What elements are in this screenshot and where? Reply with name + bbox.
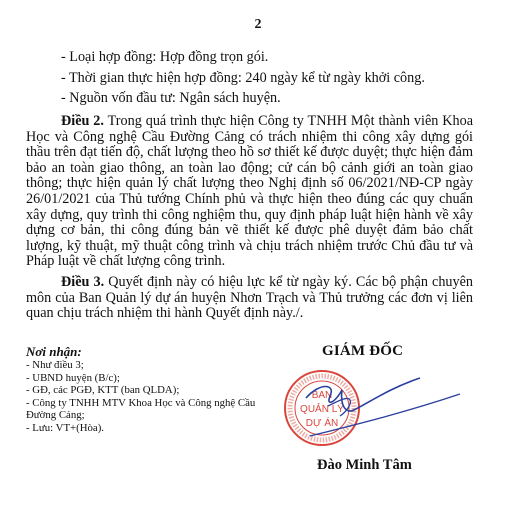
article-2: Điều 2. Trong quá trình thực hiện Công t… — [26, 114, 473, 270]
recipient-item: - GĐ, các PGĐ, KTT (ban QLDA); — [26, 384, 266, 397]
article-3-label: Điều 3. — [61, 274, 104, 290]
funding-source: - Nguồn vốn đầu tư: Ngân sách huyện. — [61, 88, 425, 109]
recipient-item: - UBND huyện (B/c); — [26, 372, 266, 385]
article-3: Điều 3. Quyết định này có hiệu lực kể từ… — [26, 275, 473, 322]
recipient-item: - Như điều 3; — [26, 359, 266, 372]
recipient-item: - Công ty TNHH MTV Khoa Học và Công nghệ… — [26, 397, 266, 422]
signature-icon — [300, 370, 470, 450]
contract-details: - Loại hợp đồng: Hợp đồng trọn gói. - Th… — [61, 47, 425, 109]
recipients-block: Nơi nhận: - Như điều 3; - UBND huyện (B/… — [26, 344, 266, 435]
contract-type: - Loại hợp đồng: Hợp đồng trọn gói. — [61, 47, 425, 68]
contract-duration: - Thời gian thực hiện hợp đồng: 240 ngày… — [61, 68, 425, 89]
page-number: 2 — [0, 17, 516, 33]
recipient-item: - Lưu: VT+(Hòa). — [26, 422, 266, 435]
recipients-title: Nơi nhận: — [26, 344, 266, 359]
signer-name: Đào Minh Tâm — [317, 457, 412, 474]
signature-title: GIÁM ĐỐC — [322, 343, 403, 360]
article-2-text: Trong quá trình thực hiện Công ty TNHH M… — [26, 113, 473, 269]
article-2-label: Điều 2. — [61, 113, 104, 129]
